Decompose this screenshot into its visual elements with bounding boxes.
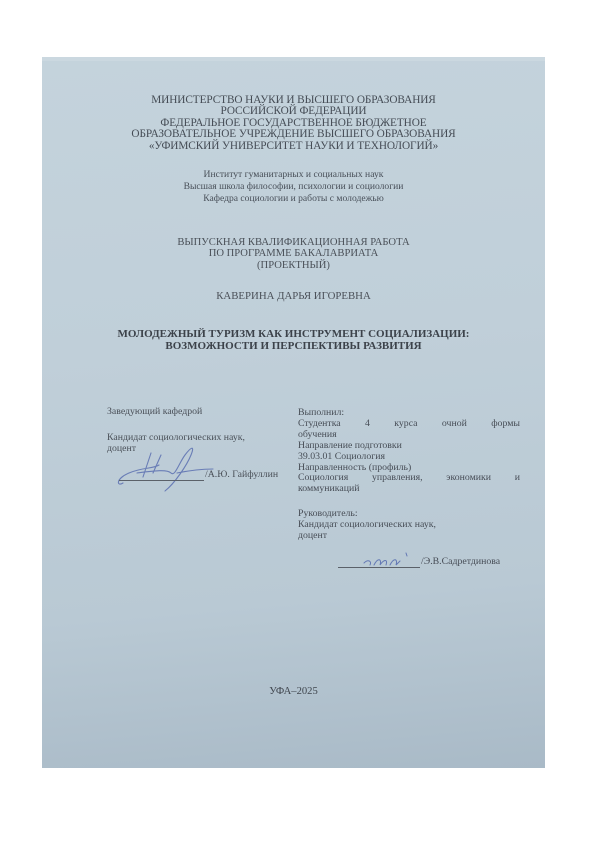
thesis-title-line: ВОЗМОЖНОСТИ И ПЕРСПЕКТИВЫ РАЗВИТИЯ — [42, 340, 545, 352]
university-name: «УФИМСКИЙ УНИВЕРСИТЕТ НАУКИ И ТЕХНОЛОГИЙ… — [42, 141, 545, 152]
head-of-department-label: Заведующий кафедрой — [107, 406, 292, 418]
supervisor-degree: Кандидат социологических наук, — [298, 520, 520, 531]
supervisor-signature-line: /Э.В.Садретдинова — [298, 557, 520, 571]
ministry-header: МИНИСТЕРСТВО НАУКИ И ВЫСШЕГО ОБРАЗОВАНИЯ… — [42, 95, 545, 152]
work-type-line: (ПРОЕКТНЫЙ) — [42, 260, 545, 271]
title-page-paper: МИНИСТЕРСТВО НАУКИ И ВЫСШЕГО ОБРАЗОВАНИЯ… — [42, 57, 545, 768]
school-name: Высшая школа философии, психологии и соц… — [42, 181, 545, 193]
head-degree: Кандидат социологических наук, — [107, 432, 292, 444]
institute-block: Институт гуманитарных и социальных наук … — [42, 169, 545, 205]
completed-by-block: Выполнил: Студентка 4 курса очной формы … — [298, 408, 520, 571]
head-signature-line: /А.Ю. Гайфуллин — [107, 469, 292, 483]
handwritten-signature-icon — [113, 443, 223, 493]
city-year: УФА–2025 — [42, 686, 545, 697]
work-type-line: ВЫПУСКНАЯ КВАЛИФИКАЦИОННАЯ РАБОТА — [42, 237, 545, 248]
head-name: /А.Ю. Гайфуллин — [205, 469, 278, 481]
author-name: КАВЕРИНА ДАРЬЯ ИГОРЕВНА — [42, 290, 545, 302]
institute-name: Институт гуманитарных и социальных наук — [42, 169, 545, 181]
work-type-block: ВЫПУСКНАЯ КВАЛИФИКАЦИОННАЯ РАБОТА ПО ПРО… — [42, 237, 545, 271]
thesis-title: МОЛОДЕЖНЫЙ ТУРИЗМ КАК ИНСТРУМЕНТ СОЦИАЛИ… — [42, 328, 545, 353]
signature-underline — [338, 567, 420, 568]
work-type-line: ПО ПРОГРАММЕ БАКАЛАВРИАТА — [42, 248, 545, 259]
ministry-line: ОБРАЗОВАТЕЛЬНОЕ УЧРЕЖДЕНИЕ ВЫСШЕГО ОБРАЗ… — [42, 129, 545, 140]
thesis-title-line: МОЛОДЕЖНЫЙ ТУРИЗМ КАК ИНСТРУМЕНТ СОЦИАЛИ… — [42, 328, 545, 340]
head-of-department-block: Заведующий кафедрой Кандидат социологиче… — [107, 406, 292, 483]
department-name: Кафедра социологии и работы с молодежью — [42, 193, 545, 205]
signature-underline — [119, 480, 204, 481]
supervisor-title: доцент — [298, 531, 520, 542]
direction-value: 39.03.01 Социология — [298, 452, 520, 463]
profile-value-cont: коммуникаций — [298, 484, 520, 495]
direction-label: Направление подготовки — [298, 441, 520, 452]
supervisor-name: /Э.В.Садретдинова — [421, 557, 500, 568]
